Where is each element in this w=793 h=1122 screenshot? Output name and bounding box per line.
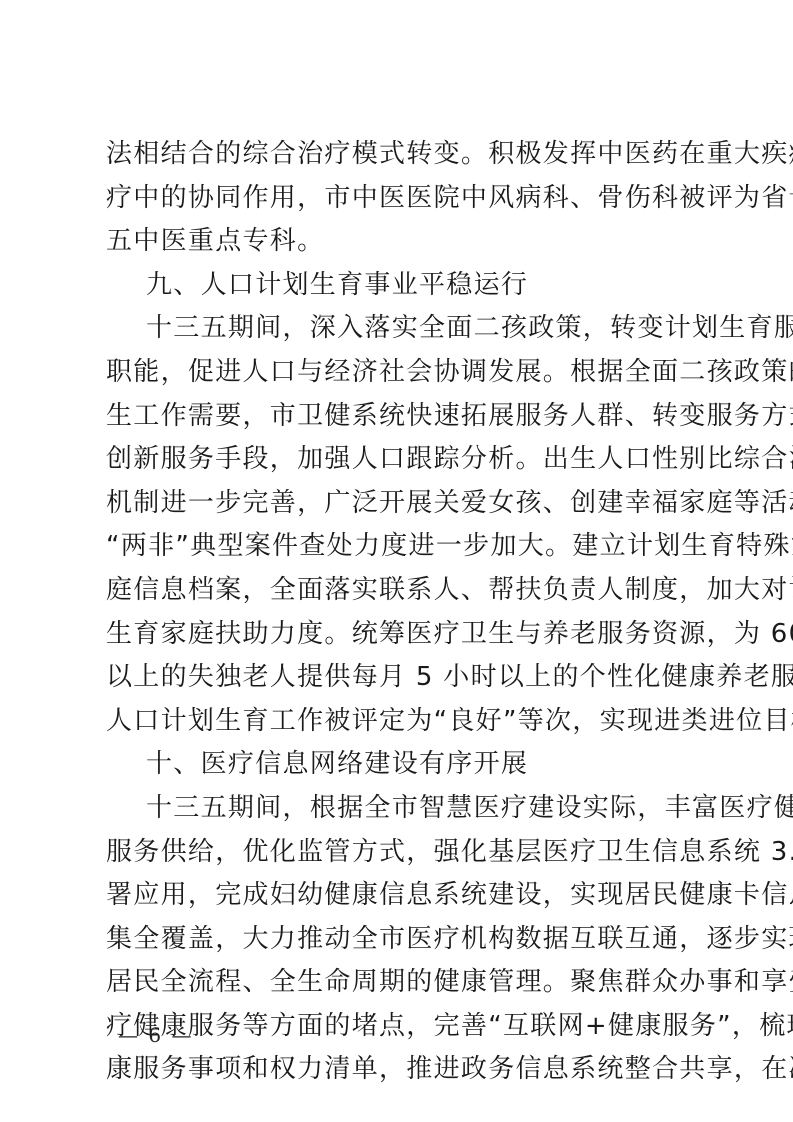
text-line: 疗健康服务等方面的堵点，完善“互联网+健康服务”，梳理健: [106, 1005, 696, 1049]
paragraph-start-line: 十三五期间，根据全市智慧医疗建设实际，丰富医疗健康: [106, 787, 696, 831]
text-line: 署应用，完成妇幼健康信息系统建设，实现居民健康卡信息采: [106, 874, 696, 918]
paragraph-end-line: 五中医重点专科。: [106, 220, 696, 264]
text-line: 服务供给，优化监管方式，强化基层医疗卫生信息系统 3.0 的部: [106, 831, 696, 875]
text-line: 生育家庭扶助力度。统筹医疗卫生与养老服务资源，为 60 周岁: [106, 613, 696, 657]
text-line: 疗中的协同作用，市中医医院中风病科、骨伤科被评为省十三: [106, 177, 696, 221]
page-number: — 6 —: [118, 1023, 193, 1047]
text-line: 机制进一步完善，广泛开展关爱女孩、创建幸福家庭等活动，: [106, 482, 696, 526]
paragraph-end-line: 人口计划生育工作被评定为“良好”等次，实现进类进位目标。: [106, 700, 696, 744]
document-body: 法相结合的综合治疗模式转变。积极发挥中医药在重大疾病治疗中的协同作用，市中医医院…: [106, 133, 696, 1092]
section-heading: 九、人口计划生育事业平稳运行: [106, 264, 696, 308]
text-line: 康服务事项和权力清单，推进政务信息系统整合共享，在减化: [106, 1048, 696, 1092]
text-line: “两非”典型案件查处力度进一步加大。建立计划生育特殊家: [106, 525, 696, 569]
paragraph-start-line: 十三五期间，深入落实全面二孩政策，转变计划生育服务: [106, 307, 696, 351]
text-line: 职能，促进人口与经济社会协调发展。根据全面二孩政策的计: [106, 351, 696, 395]
text-line: 生工作需要，市卫健系统快速拓展服务人群、转变服务方式、: [106, 395, 696, 439]
text-line: 法相结合的综合治疗模式转变。积极发挥中医药在重大疾病治: [106, 133, 696, 177]
text-line: 居民全流程、全生命周期的健康管理。聚焦群众办事和享受医: [106, 961, 696, 1005]
text-line: 庭信息档案，全面落实联系人、帮扶负责人制度，加大对计划: [106, 569, 696, 613]
document-page: 法相结合的综合治疗模式转变。积极发挥中医药在重大疾病治疗中的协同作用，市中医医院…: [0, 0, 793, 1122]
section-heading: 十、医疗信息网络建设有序开展: [106, 743, 696, 787]
text-line: 集全覆盖，大力推动全市医疗机构数据互联互通，逐步实现对: [106, 918, 696, 962]
text-line: 创新服务手段，加强人口跟踪分析。出生人口性别比综合治理: [106, 438, 696, 482]
text-line: 以上的失独老人提供每月 5 小时以上的个性化健康养老服务。市: [106, 656, 696, 700]
